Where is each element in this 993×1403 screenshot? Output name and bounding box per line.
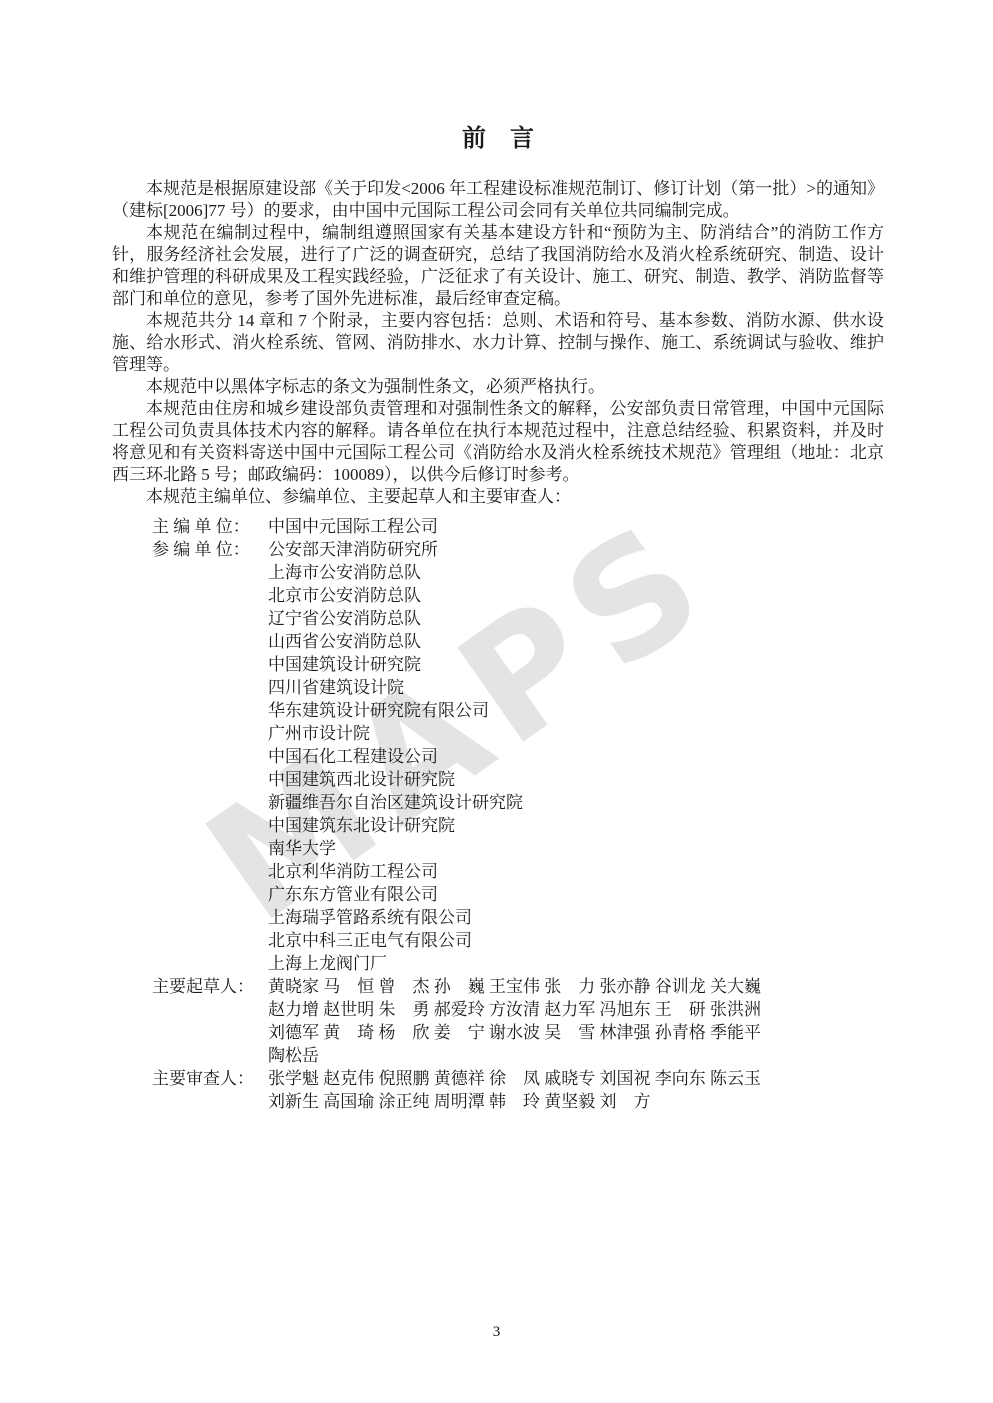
participating-unit: 北京利华消防工程公司 (268, 860, 884, 883)
drafters-line: 赵力增 赵世明 朱 勇 郝爱玲 方汝清 赵力军 冯旭东 王 研 张洪洲 (268, 998, 884, 1021)
paragraph-4: 本规范中以黑体字标志的条文为强制性条文，必须严格执行。 (112, 376, 884, 398)
paragraph-6: 本规范主编单位、参编单位、主要起草人和主要审查人： (112, 486, 884, 508)
page-number: 3 (0, 1324, 993, 1341)
participating-unit: 公安部天津消防研究所 (268, 538, 884, 561)
participating-unit: 华东建筑设计研究院有限公司 (268, 699, 884, 722)
drafters-label: 主要起草人： (152, 975, 268, 998)
participating-unit: 中国建筑东北设计研究院 (268, 814, 884, 837)
participating-unit: 上海瑞孚管路系统有限公司 (268, 906, 884, 929)
drafters-row: 主要起草人： 黄晓家 马 恒 曾 杰 孙 巍 王宝伟 张 力 张亦静 谷训龙 关… (112, 975, 884, 1067)
chief-editor-row: 主 编 单 位： 中国中元国际工程公司 (112, 515, 884, 538)
participating-unit: 北京市公安消防总队 (268, 584, 884, 607)
page-content: 前 言 本规范是根据原建设部《关于印发<2006 年工程建设标准规范制订、修订计… (112, 124, 884, 1113)
participating-unit: 中国建筑西北设计研究院 (268, 768, 884, 791)
participating-unit: 辽宁省公安消防总队 (268, 607, 884, 630)
participating-units-row: 参 编 单 位： 公安部天津消防研究所 上海市公安消防总队 北京市公安消防总队 … (112, 538, 884, 975)
paragraph-1: 本规范是根据原建设部《关于印发<2006 年工程建设标准规范制订、修订计划（第一… (112, 178, 884, 222)
participating-unit: 山西省公安消防总队 (268, 630, 884, 653)
drafters-list: 黄晓家 马 恒 曾 杰 孙 巍 王宝伟 张 力 张亦静 谷训龙 关大巍 赵力增 … (268, 975, 884, 1067)
participating-unit: 新疆维吾尔自治区建筑设计研究院 (268, 791, 884, 814)
reviewers-line: 刘新生 高国瑜 涂正纯 周明潭 韩 玲 黄坚毅 刘 方 (268, 1090, 884, 1113)
participating-unit: 广州市设计院 (268, 722, 884, 745)
page-title: 前 言 (112, 124, 884, 154)
reviewers-row: 主要审查人： 张学魁 赵克伟 倪照鹏 黄德祥 徐 凤 戚晓专 刘国祝 李向东 陈… (112, 1067, 884, 1113)
participating-units-list: 公安部天津消防研究所 上海市公安消防总队 北京市公安消防总队 辽宁省公安消防总队… (268, 538, 884, 975)
reviewers-list: 张学魁 赵克伟 倪照鹏 黄德祥 徐 凤 戚晓专 刘国祝 李向东 陈云玉 刘新生 … (268, 1067, 884, 1113)
participating-unit: 北京中科三正电气有限公司 (268, 929, 884, 952)
participating-unit: 四川省建筑设计院 (268, 676, 884, 699)
chief-editor-value: 中国中元国际工程公司 (268, 515, 884, 538)
paragraph-5: 本规范由住房和城乡建设部负责管理和对强制性条文的解释，公安部负责日常管理，中国中… (112, 398, 884, 486)
drafters-line: 刘德军 黄 琦 杨 欣 姜 宁 谢水波 吴 雪 林津强 孙青格 季能平 (268, 1021, 884, 1044)
paragraph-2: 本规范在编制过程中，编制组遵照国家有关基本建设方针和“预防为主、防消结合”的消防… (112, 222, 884, 310)
credits-section: 主 编 单 位： 中国中元国际工程公司 参 编 单 位： 公安部天津消防研究所 … (112, 515, 884, 1113)
participating-units-label: 参 编 单 位： (152, 538, 268, 561)
participating-unit: 广东东方管业有限公司 (268, 883, 884, 906)
chief-editor-label: 主 编 单 位： (152, 515, 268, 538)
participating-unit: 中国石化工程建设公司 (268, 745, 884, 768)
document-page: MAPS 前 言 本规范是根据原建设部《关于印发<2006 年工程建设标准规范制… (0, 0, 993, 1403)
reviewers-line: 张学魁 赵克伟 倪照鹏 黄德祥 徐 凤 戚晓专 刘国祝 李向东 陈云玉 (268, 1067, 884, 1090)
participating-unit: 上海上龙阀门厂 (268, 952, 884, 975)
drafters-line: 陶松岳 (268, 1044, 884, 1067)
participating-unit: 上海市公安消防总队 (268, 561, 884, 584)
paragraph-3: 本规范共分 14 章和 7 个附录，主要内容包括：总则、术语和符号、基本参数、消… (112, 310, 884, 376)
participating-unit: 中国建筑设计研究院 (268, 653, 884, 676)
drafters-line: 黄晓家 马 恒 曾 杰 孙 巍 王宝伟 张 力 张亦静 谷训龙 关大巍 (268, 975, 884, 998)
reviewers-label: 主要审查人： (152, 1067, 268, 1090)
participating-unit: 南华大学 (268, 837, 884, 860)
